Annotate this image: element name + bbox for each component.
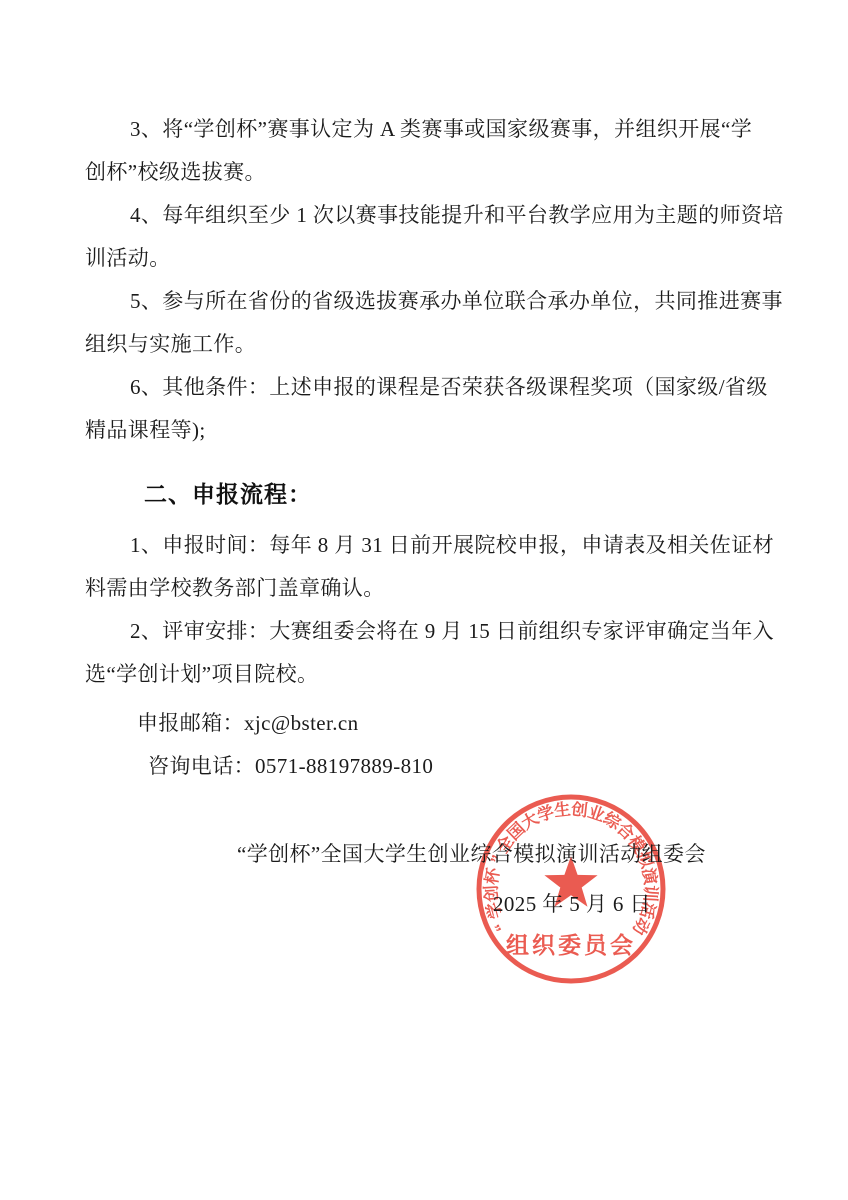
body-line-4: 训活动。 bbox=[85, 245, 171, 272]
official-seal-stamp: “学创杯”全国大学生创业综合模拟演训活动 组织委员会 bbox=[469, 787, 673, 991]
body-line-8: 精品课程等); bbox=[85, 417, 206, 444]
body-line-5: 5、参与所在省份的省级选拔赛承办单位联合承办单位，共同推进赛事 bbox=[130, 288, 783, 315]
body-line-7: 6、其他条件：上述申报的课程是否荣获各级课程奖项（国家级/省级 bbox=[130, 374, 768, 401]
process-line-3: 2、评审安排：大赛组委会将在 9 月 15 日前组织专家评审确定当年入 bbox=[130, 618, 774, 645]
date-line: 2025 年 5 月 6 日 bbox=[493, 891, 651, 918]
seal-bottom-text: 组织委员会 bbox=[506, 932, 636, 958]
contact-phone: 咨询电话：0571-88197889-810 bbox=[148, 753, 433, 780]
body-line-3: 4、每年组织至少 1 次以赛事技能提升和平台教学应用为主题的师资培 bbox=[130, 202, 784, 229]
svg-text:生: 生 bbox=[553, 799, 572, 821]
process-line-4: 选“学创计划”项目院校。 bbox=[85, 661, 318, 688]
process-line-1: 1、申报时间：每年 8 月 31 日前开展院校申报，申请表及相关佐证材 bbox=[130, 532, 774, 559]
contact-email: 申报邮箱：xjc@bster.cn bbox=[137, 710, 359, 737]
process-line-2: 料需由学校教务部门盖章确认。 bbox=[85, 575, 385, 602]
body-line-1: 3、将“学创杯”赛事认定为 A 类赛事或国家级赛事，并组织开展“学 bbox=[130, 116, 752, 143]
document-page: “学创杯”全国大学生创业综合模拟演训活动 组织委员会 3、将“学创杯”赛事认定为… bbox=[0, 0, 848, 1200]
section-heading: 二、申报流程： bbox=[144, 476, 312, 509]
signature-line: “学创杯”全国大学生创业综合模拟演训活动组委会 bbox=[237, 841, 706, 868]
svg-text:杯: 杯 bbox=[482, 866, 503, 886]
body-line-2: 创杯”校级选拔赛。 bbox=[85, 159, 266, 186]
body-line-6: 组织与实施工作。 bbox=[85, 331, 256, 358]
